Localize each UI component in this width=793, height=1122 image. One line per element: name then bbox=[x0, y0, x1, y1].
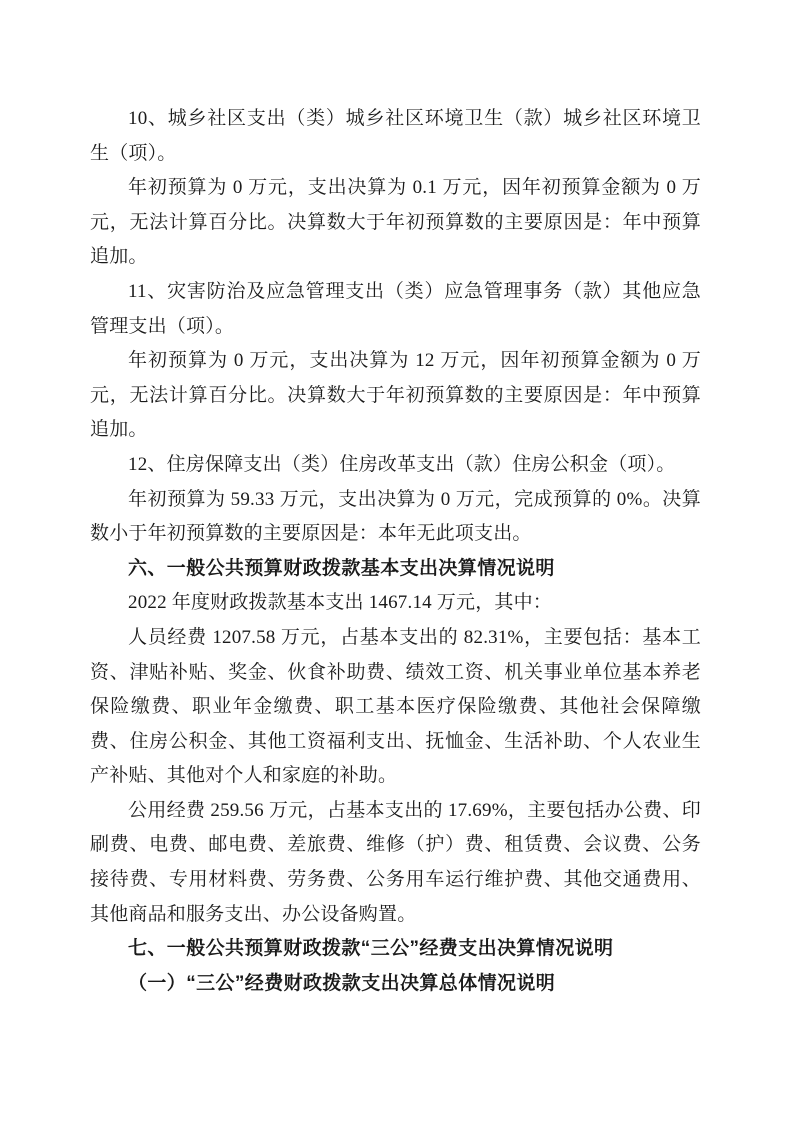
para-basic-expenditure-total: 2022 年度财政拨款基本支出 1467.14 万元，其中： bbox=[90, 586, 701, 621]
para-item-12-detail: 年初预算为 59.33 万元，支出决算为 0 万元，完成预算的 0%。决算数小于… bbox=[90, 483, 701, 552]
para-item-11-title: 11、灾害防治及应急管理支出（类）应急管理事务（款）其他应急管理支出（项）。 bbox=[90, 275, 701, 344]
heading-section-7: 七、一般公共预算财政拨款“三公”经费支出决算情况说明 bbox=[90, 932, 701, 967]
para-item-10-title: 10、城乡社区支出（类）城乡社区环境卫生（款）城乡社区环境卫生（项）。 bbox=[90, 102, 701, 171]
heading-section-6: 六、一般公共预算财政拨款基本支出决算情况说明 bbox=[90, 552, 701, 587]
document-body: 10、城乡社区支出（类）城乡社区环境卫生（款）城乡社区环境卫生（项）。 年初预算… bbox=[90, 102, 701, 1001]
para-personnel-funds: 人员经费 1207.58 万元，占基本支出的 82.31%，主要包括：基本工资、… bbox=[90, 621, 701, 794]
document-page: 10、城乡社区支出（类）城乡社区环境卫生（款）城乡社区环境卫生（项）。 年初预算… bbox=[0, 0, 793, 1122]
heading-section-7-1: （一）“三公”经费财政拨款支出决算总体情况说明 bbox=[90, 967, 701, 1002]
para-item-12-title: 12、住房保障支出（类）住房改革支出（款）住房公积金（项）。 bbox=[90, 448, 701, 483]
para-item-10-detail: 年初预算为 0 万元，支出决算为 0.1 万元，因年初预算金额为 0 万元，无法… bbox=[90, 171, 701, 275]
para-public-funds: 公用经费 259.56 万元，占基本支出的 17.69%，主要包括办公费、印刷费… bbox=[90, 794, 701, 932]
para-item-11-detail: 年初预算为 0 万元，支出决算为 12 万元，因年初预算金额为 0 万元，无法计… bbox=[90, 344, 701, 448]
